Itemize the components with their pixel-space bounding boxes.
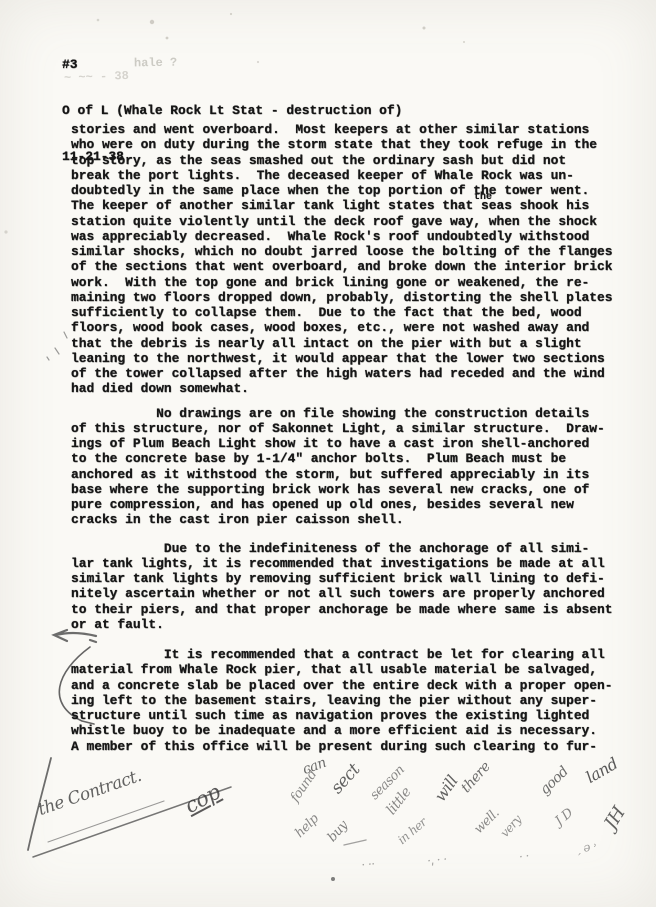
- handwritten-annotation: sect: [327, 760, 364, 798]
- typed-line: or at fault.: [71, 617, 613, 632]
- typed-text-body: stories and went overboard. Most keepers…: [71, 122, 613, 754]
- typed-line: similar tank lights by removing sufficie…: [71, 571, 613, 586]
- handwritten-annotation: good: [537, 764, 572, 798]
- pencil-dot: [331, 877, 335, 881]
- typed-line: ing left to the basement stairs, leaving…: [71, 693, 613, 708]
- paragraph: stories and went overboard. Most keepers…: [71, 122, 613, 397]
- typed-line: sufficiently to collapse them. Due to th…: [71, 305, 613, 320]
- typed-line: maining two floors dropped down, probabl…: [71, 290, 613, 305]
- typed-line: The keeper of another similar tank light…: [71, 198, 613, 213]
- handwritten-annotation: ˏ ə ˒: [575, 839, 597, 857]
- typed-line: doubtedly in the same place when the top…: [71, 183, 613, 198]
- typed-insertion-above-line: the: [474, 192, 492, 203]
- handwritten-annotation: season: [367, 763, 407, 803]
- typed-line: break the port lights. The deceased keep…: [71, 168, 613, 183]
- handwritten-annotation: well.: [471, 806, 502, 837]
- handwritten-annotation: J D: [552, 806, 576, 829]
- handwritten-annotation: · ··: [361, 857, 375, 872]
- paragraph: No drawings are on file showing the cons…: [71, 406, 613, 528]
- ghost-offset-text: ~ ~~ - 38: [64, 69, 129, 85]
- handwritten-annotation: in her: [395, 815, 429, 847]
- handwritten-annotation: JH: [600, 803, 629, 833]
- pencil-tick-marks: [47, 332, 67, 360]
- typed-line: lar tank lights, it is recommended that …: [71, 556, 613, 571]
- handwritten-annotation: buy: [325, 818, 351, 845]
- scanned-document-page: #3 O of L (Whale Rock Lt Stat - destruct…: [0, 0, 656, 907]
- handwritten-annotation: little: [383, 785, 414, 818]
- typed-line: of the tower collapsed after the high wa…: [71, 366, 613, 381]
- typed-line: It is recommended that a contract be let…: [71, 647, 613, 662]
- typed-line: to the concrete base by 1-1/4" anchor bo…: [71, 451, 613, 466]
- typed-line: stories and went overboard. Most keepers…: [71, 122, 613, 137]
- typed-line: of the sections that went overboard, and…: [71, 259, 613, 274]
- handwritten-annotation: there: [458, 759, 494, 796]
- typed-line: No drawings are on file showing the cons…: [71, 406, 613, 421]
- typed-line: to their piers, and that proper anchorag…: [71, 602, 613, 617]
- typed-line: station quite violently until the deck r…: [71, 214, 613, 229]
- pencil-underline-short: [48, 801, 164, 842]
- handwritten-annotation: the Contract.: [35, 766, 143, 820]
- pencil-dash: [344, 840, 366, 845]
- handwritten-annotation: found: [288, 768, 320, 805]
- typed-line: of this structure, nor of Sakonnet Light…: [71, 421, 613, 436]
- typed-line: Due to the indefiniteness of the anchora…: [71, 541, 613, 556]
- paragraph: Due to the indefiniteness of the anchora…: [71, 541, 613, 633]
- typed-line: that the debris is nearly all intact on …: [71, 336, 613, 351]
- pencil-underline-long: [33, 787, 231, 857]
- typed-line: floors, wood book cases, wood boxes, etc…: [71, 320, 613, 335]
- handwritten-annotation: · ·: [518, 849, 530, 864]
- typed-line: ings of Plum Beach Light show it to have…: [71, 436, 613, 451]
- typed-line: had died down somewhat.: [71, 381, 613, 396]
- handwritten-annotation: ·ˌ · ·: [427, 852, 448, 868]
- doc-title: O of L (Whale Rock Lt Stat - destruction…: [62, 103, 402, 118]
- handwritten-annotation: can: [301, 755, 329, 778]
- typed-line: material from Whale Rock pier, that all …: [71, 662, 613, 677]
- typed-line: and a concrete slab be placed over the e…: [71, 678, 613, 693]
- typed-line: A member of this office will be present …: [71, 739, 613, 754]
- typed-line: nitely ascertain whether or not all such…: [71, 586, 613, 601]
- typed-line: top story, as the seas smashed out the o…: [71, 153, 613, 168]
- typed-line: base where the supporting brick work has…: [71, 482, 613, 497]
- handwritten-annotation: very: [498, 812, 525, 840]
- typed-line: work. With the top gone and brick lining…: [71, 275, 613, 290]
- typed-line: structure until such time as navigation …: [71, 708, 613, 723]
- handwritten-annotation: cop: [181, 780, 224, 818]
- typed-line: leaning to the northwest, it would appea…: [71, 351, 613, 366]
- ghost-offset-text: hale ?: [134, 56, 177, 71]
- handwritten-annotation: will: [430, 772, 461, 805]
- pencil-slash: [28, 758, 51, 850]
- typed-line: was appreciably decreased. Whale Rock's …: [71, 229, 613, 244]
- paragraph: It is recommended that a contract be let…: [71, 647, 613, 754]
- typed-line: pure compression, and has opened up old …: [71, 497, 613, 512]
- typed-line: anchored as it withstood the storm, but …: [71, 467, 613, 482]
- handwritten-annotation: land: [583, 754, 621, 787]
- handwritten-annotation: help: [292, 812, 321, 841]
- typed-line: cracks in the cast iron pier caisson she…: [71, 512, 613, 527]
- typed-line: whistle buoy to be inadequate and a more…: [71, 723, 613, 738]
- typed-line: who were on duty during the storm state …: [71, 137, 613, 152]
- typed-line: similar shocks, which no doubt jarred lo…: [71, 244, 613, 259]
